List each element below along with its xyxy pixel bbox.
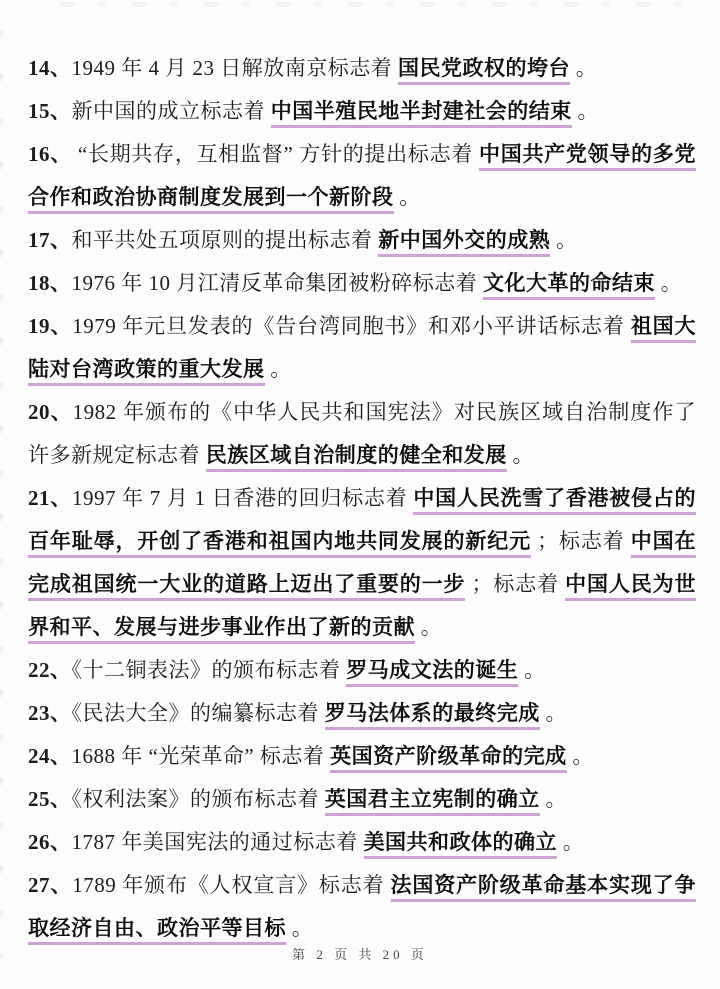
list-item: 18、1976 年 10 月江清反革命集团被粉碎标志着 文化大革的命结束 。 <box>28 262 696 305</box>
document-page: 14、1949 年 4 月 23 日解放南京标志着 国民党政权的垮台 。15、新… <box>0 0 720 989</box>
list-item: 15、新中国的成立标志着 中国半殖民地半封建社会的结束 。 <box>28 90 696 133</box>
item-text: 。 <box>540 701 567 725</box>
list-item: 21、1997 年 7 月 1 日香港的回归标志着 中国人民洗雪了香港被侵占的百… <box>28 477 696 649</box>
item-text: 。 <box>572 99 599 123</box>
item-text: 。 <box>394 185 421 209</box>
list-item: 26、1787 年美国宪法的通过标志着 美国共和政体的确立 。 <box>28 821 696 864</box>
list-item: 19、1979 年元旦发表的《告台湾同胞书》和邓小平讲话标志着 祖国大陆对台湾政… <box>28 305 696 391</box>
list-item: 27、1789 年颁布《人权宣言》标志着 法国资产阶级革命基本实现了争取经济自由… <box>28 864 696 950</box>
top-scan-artifact <box>60 2 700 7</box>
item-text: 。 <box>567 744 594 768</box>
item-number: 27、 <box>28 873 72 897</box>
item-text: 《民法大全》的编纂标志着 <box>72 701 325 725</box>
item-text: 1949 年 4 月 23 日解放南京标志着 <box>72 56 399 80</box>
item-number: 26、 <box>28 830 72 854</box>
item-text: 。 <box>265 357 292 381</box>
item-number: 20、 <box>28 400 73 424</box>
highlighted-conclusion: 国民党政权的垮台 <box>398 57 570 85</box>
notes-list: 14、1949 年 4 月 23 日解放南京标志着 国民党政权的垮台 。15、新… <box>28 47 696 950</box>
item-text: 。 <box>557 830 584 854</box>
left-edge-scan-artifact <box>0 30 3 959</box>
item-number: 22、 <box>28 658 72 682</box>
item-text: 。 <box>415 615 442 639</box>
list-item: 22、《十二铜表法》的颁布标志着 罗马成文法的诞生 。 <box>28 649 696 692</box>
item-text: 1787 年美国宪法的通过标志着 <box>72 830 364 854</box>
item-text: 。 <box>655 271 682 295</box>
list-item: 25、《权利法案》的颁布标志着 英国君主立宪制的确立 。 <box>28 778 696 821</box>
item-text: 。 <box>507 443 534 467</box>
item-number: 24、 <box>28 744 72 768</box>
highlighted-conclusion: 罗马法体系的最终完成 <box>325 702 540 730</box>
item-text: 。 <box>550 228 577 252</box>
item-text: 1976 年 10 月江清反革命集团被粉碎标志着 <box>72 271 484 295</box>
item-number: 25、 <box>28 787 72 811</box>
item-number: 21、 <box>28 486 72 510</box>
item-number: 17、 <box>28 228 72 252</box>
item-text: ；标志着 <box>531 529 631 553</box>
highlighted-conclusion: 中国半殖民地半封建社会的结束 <box>271 100 572 128</box>
item-number: 19、 <box>28 314 72 338</box>
item-text: 1789 年颁布《人权宣言》标志着 <box>72 873 390 897</box>
item-text: 。 <box>286 916 313 940</box>
item-text: 。 <box>540 787 567 811</box>
item-text: 。 <box>518 658 545 682</box>
item-text: “长期共存，互相监督” 方针的提出标志着 <box>72 142 479 166</box>
item-number: 15、 <box>28 99 72 123</box>
list-item: 17、和平共处五项原则的提出标志着 新中国外交的成熟 。 <box>28 219 696 262</box>
highlighted-conclusion: 民族区域自治制度的健全和发展 <box>206 444 507 472</box>
highlighted-conclusion: 新中国外交的成熟 <box>378 229 550 257</box>
item-number: 14、 <box>28 56 72 80</box>
list-item: 23、《民法大全》的编纂标志着 罗马法体系的最终完成 。 <box>28 692 696 735</box>
item-text: 《十二铜表法》的颁布标志着 <box>72 658 347 682</box>
item-number: 18、 <box>28 271 72 295</box>
item-text: 《权利法案》的颁布标志着 <box>72 787 325 811</box>
item-text: 1979 年元旦发表的《告台湾同胞书》和邓小平讲话标志着 <box>72 314 631 338</box>
item-text: 1997 年 7 月 1 日香港的回归标志着 <box>72 486 413 510</box>
item-text: ；标志着 <box>465 572 565 596</box>
highlighted-conclusion: 罗马成文法的诞生 <box>346 659 518 687</box>
item-number: 23、 <box>28 701 72 725</box>
page-footer: 第 2 页 共 20 页 <box>0 944 720 963</box>
highlighted-conclusion: 文化大革的命结束 <box>483 272 655 300</box>
highlighted-conclusion: 英国资产阶级革命的完成 <box>330 745 567 773</box>
item-text: 新中国的成立标志着 <box>72 99 271 123</box>
highlighted-conclusion: 英国君主立宪制的确立 <box>325 788 540 816</box>
item-number: 16、 <box>28 142 72 166</box>
list-item: 24、1688 年 “光荣革命” 标志着 英国资产阶级革命的完成 。 <box>28 735 696 778</box>
list-item: 20、1982 年颁布的《中华人民共和国宪法》对民族区域自治制度作了许多新规定标… <box>28 391 696 477</box>
list-item: 16、 “长期共存，互相监督” 方针的提出标志着 中国共产党领导的多党合作和政治… <box>28 133 696 219</box>
item-text: 和平共处五项原则的提出标志着 <box>72 228 379 252</box>
item-text: 。 <box>570 56 597 80</box>
list-item: 14、1949 年 4 月 23 日解放南京标志着 国民党政权的垮台 。 <box>28 47 696 90</box>
highlighted-conclusion: 美国共和政体的确立 <box>364 831 558 859</box>
item-text: 1688 年 “光荣革命” 标志着 <box>72 744 331 768</box>
